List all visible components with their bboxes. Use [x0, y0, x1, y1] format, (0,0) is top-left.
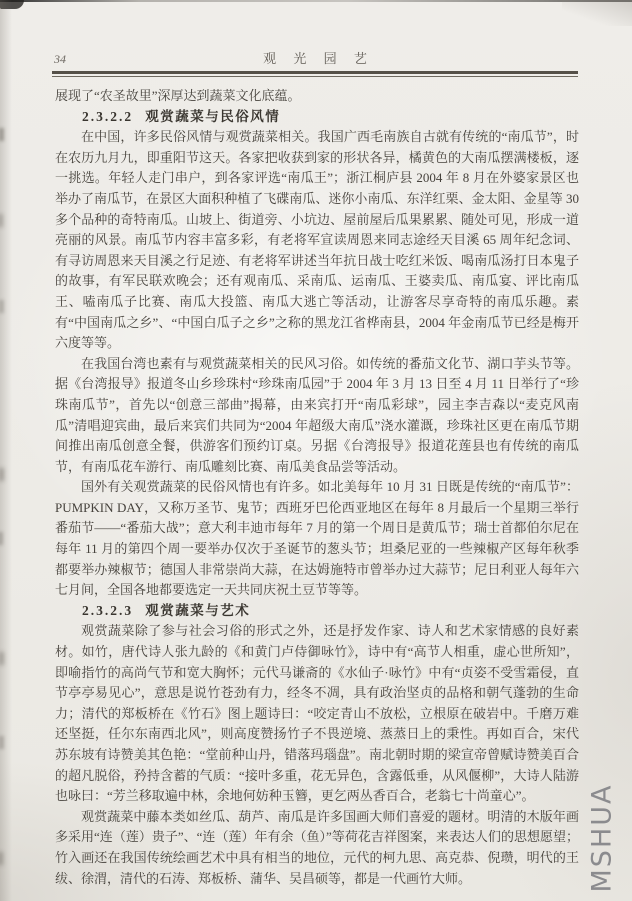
- watermark-text: MSHUA: [587, 784, 618, 893]
- scan-artifact-top-right-shade: [562, 0, 632, 26]
- scanned-book-page: 34 观 光 园 艺 展现了“农圣故里”深厚达到蔬菜文化底蕴。 2.3.2.2观…: [0, 0, 632, 901]
- section-number: 2.3.2.3: [82, 603, 133, 618]
- section-heading-folk-customs: 2.3.2.2观赏蔬菜与民俗风情: [55, 107, 579, 128]
- section-title: 观赏蔬菜与艺术: [145, 603, 250, 618]
- page-number: 34: [54, 52, 66, 67]
- section-heading-art: 2.3.2.3观赏蔬菜与艺术: [55, 601, 579, 622]
- paragraph-art-painting: 观赏蔬菜中藤本类如丝瓜、葫芦、南瓜是许多国画大师们喜爱的题材。明清的木版年画多采…: [55, 807, 579, 889]
- scan-artifact-left-edge: [0, 0, 12, 901]
- paragraph-china-customs: 在中国，许多民俗风情与观赏蔬菜相关。我国广西毛南族自古就有传统的“南瓜节”，时在…: [55, 127, 579, 354]
- paragraph-continuation: 展现了“农圣故里”深厚达到蔬菜文化底蕴。: [55, 86, 579, 107]
- paragraph-art-poetry: 观赏蔬菜除了参与社会习俗的形式之外，还是抒发作家、诗人和艺术家情感的良好素材。如…: [55, 621, 579, 806]
- paragraph-taiwan-customs: 在我国台湾也素有与观赏蔬菜相关的民风习俗。如传统的番茄文化节、湖口芋头节等。据《…: [55, 354, 579, 478]
- section-title: 观赏蔬菜与民俗风情: [145, 109, 280, 124]
- scan-artifact-margin-smudges: [0, 0, 5, 13]
- running-head-title: 观 光 园 艺: [52, 48, 578, 67]
- section-number: 2.3.2.2: [82, 109, 133, 124]
- page-body: 展现了“农圣故里”深厚达到蔬菜文化底蕴。 2.3.2.2观赏蔬菜与民俗风情 在中…: [55, 86, 579, 889]
- paragraph-foreign-customs: 国外有关观赏蔬菜的民俗风情也有许多。如北美每年 10 月 31 日既是传统的“南…: [55, 477, 579, 601]
- running-head: 34 观 光 园 艺: [52, 48, 578, 68]
- scan-artifact-top-edge: [0, 0, 632, 2]
- header-double-rule: [52, 71, 578, 77]
